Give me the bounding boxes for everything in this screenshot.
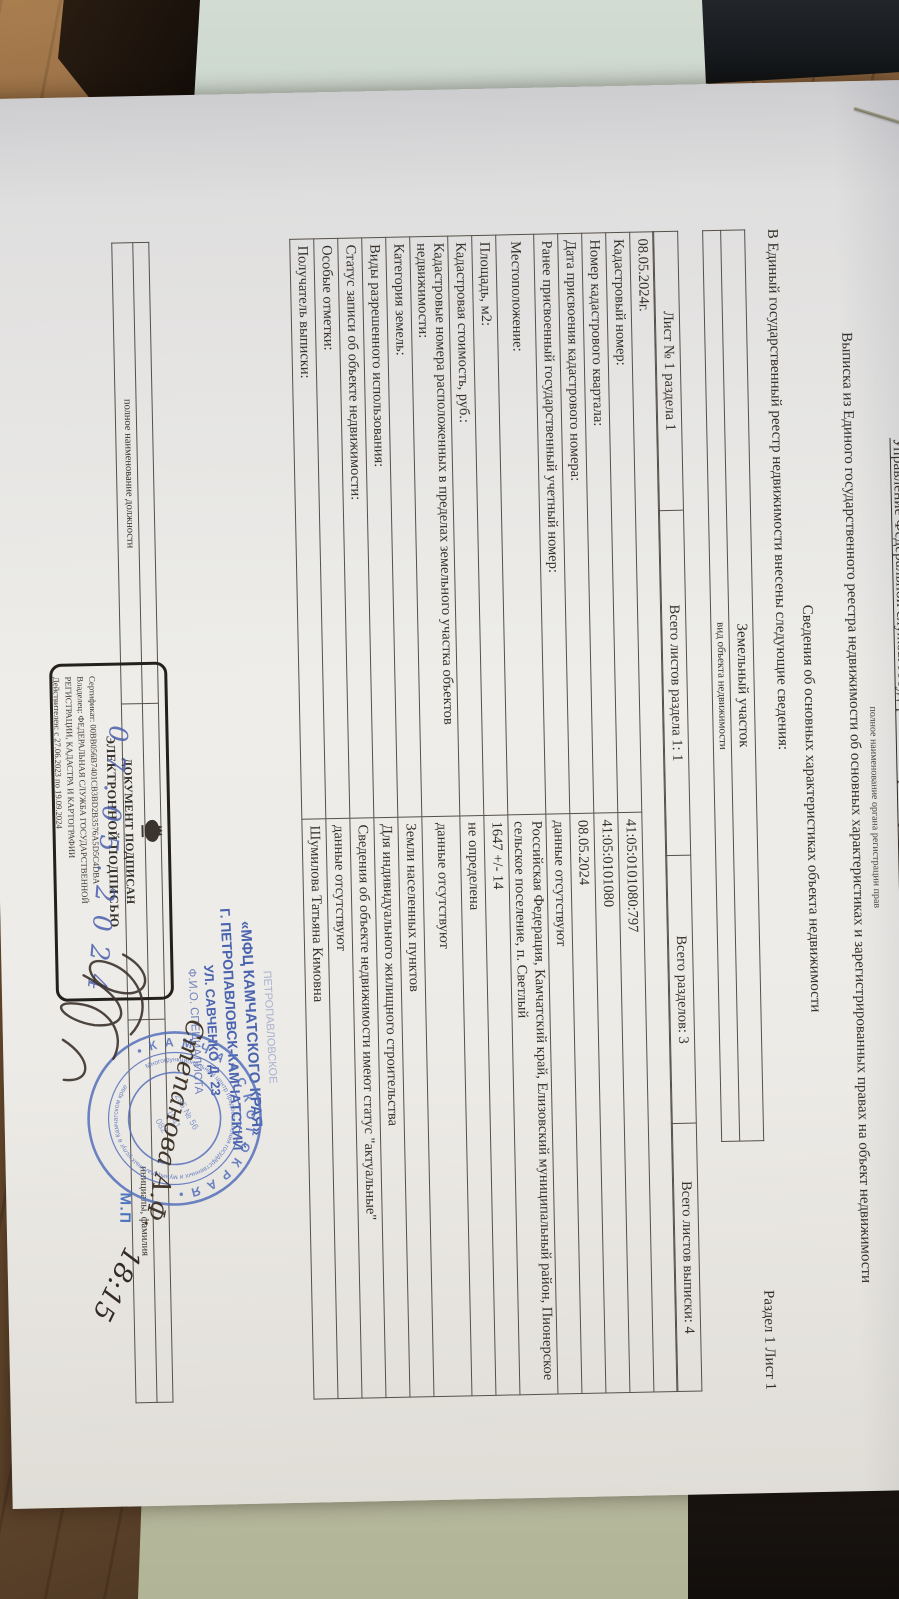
document-content: Управление Федеральной службы государств… <box>0 80 899 1509</box>
handwritten-flourish <box>43 936 168 1188</box>
mp-mark: М.П <box>115 1192 133 1224</box>
characteristics-table: 08.05.2024г. Кадастровый номер:41:05:010… <box>289 231 678 1399</box>
egrn-extract-document: Управление Федеральной службы государств… <box>0 80 899 1509</box>
dark-object-top-right <box>702 0 899 88</box>
coat-of-arms-icon <box>139 818 164 844</box>
photo-of-document: Управление Федеральной службы государств… <box>0 0 899 1599</box>
